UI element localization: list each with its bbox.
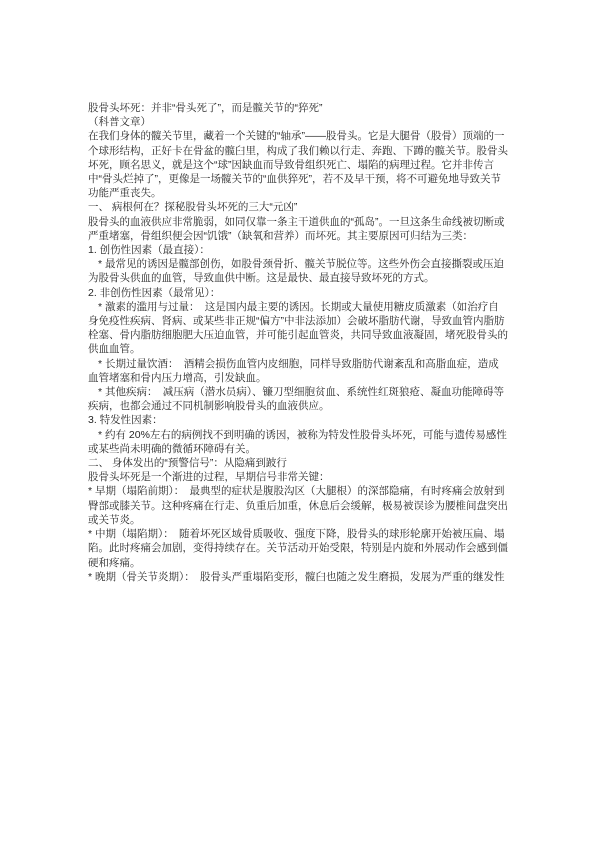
section2-heading: 二、 身体发出的“预警信号”：从隐痛到跛行: [88, 456, 509, 470]
list-item-traumatic-label: 1. 创伤性因素（最直接）：: [88, 243, 509, 257]
list-item-alcohol-detail: * 长期过量饮酒： 酒精会损伤血管内皮细胞，同样导致脂肪代谢紊乱和高脂血症，造成…: [88, 357, 509, 385]
section2-lead-paragraph: 股骨头坏死是一个渐进的过程，早期信号非常关键：: [88, 470, 509, 484]
section1-lead-paragraph: 股骨头的血液供应非常脆弱，如同仅靠一条主干道供血的“孤岛”。一旦这条生命线被切断…: [88, 215, 509, 243]
warning-signs-list: * 早期（塌陷前期）： 最典型的症状是腹股沟区（大腿根）的深部隐痛，有时疼痛会放…: [88, 484, 509, 583]
list-item-steroid-detail: * 激素的滥用与过量： 这是国内最主要的诱因。长期或大量使用糖皮质激素（如治疗自…: [88, 300, 509, 357]
list-item-other-disease-detail: * 其他疾病： 减压病（潜水员病）、镰刀型细胞贫血、系统性红斑狼疮、凝血功能障碍…: [88, 385, 509, 413]
document-page: 股骨头坏死：并非“骨头死了”，而是髋关节的“猝死” （科普文章） 在我们身体的髋…: [0, 0, 595, 841]
list-item-idiopathic-label: 3. 特发性因素：: [88, 413, 509, 427]
intro-paragraph: 在我们身体的髋关节里，藏着一个关键的“轴承”——股骨头。它是大腿骨（股骨）顶端的…: [88, 129, 509, 200]
section1-heading: 一、 病根何在？探秘股骨头坏死的三大“元凶”: [88, 200, 509, 214]
page-title: 股骨头坏死：并非“骨头死了”，而是髋关节的“猝死”: [88, 101, 509, 115]
bullet-middle-stage: * 中期（塌陷期）： 随着坏死区域骨质吸收、强度下降，股骨头的球形轮廓开始被压扁…: [88, 527, 509, 570]
list-item-nontraumatic-label: 2. 非创伤性因素（最常见）：: [88, 286, 509, 300]
list-item-traumatic-detail: * 最常见的诱因是髋部创伤，如股骨颈骨折、髋关节脱位等。这些外伤会直接撕裂或压迫…: [88, 257, 509, 285]
bullet-early-stage: * 早期（塌陷前期）： 最典型的症状是腹股沟区（大腿根）的深部隐痛，有时疼痛会放…: [88, 484, 509, 527]
document-content: 股骨头坏死：并非“骨头死了”，而是髋关节的“猝死” （科普文章） 在我们身体的髋…: [88, 101, 509, 584]
list-item-idiopathic-detail: * 约有 20%左右的病例找不到明确的诱因，被称为特发性股骨头坏死，可能与遗传易…: [88, 428, 509, 456]
bullet-late-stage: * 晚期（骨关节炎期）： 股骨头严重塌陷变形，髋臼也随之发生磨损，发展为严重的继…: [88, 570, 509, 584]
causes-list: 1. 创伤性因素（最直接）： * 最常见的诱因是髋部创伤，如股骨颈骨折、髋关节脱…: [88, 243, 509, 456]
doc-subtitle: （科普文章）: [88, 115, 509, 129]
